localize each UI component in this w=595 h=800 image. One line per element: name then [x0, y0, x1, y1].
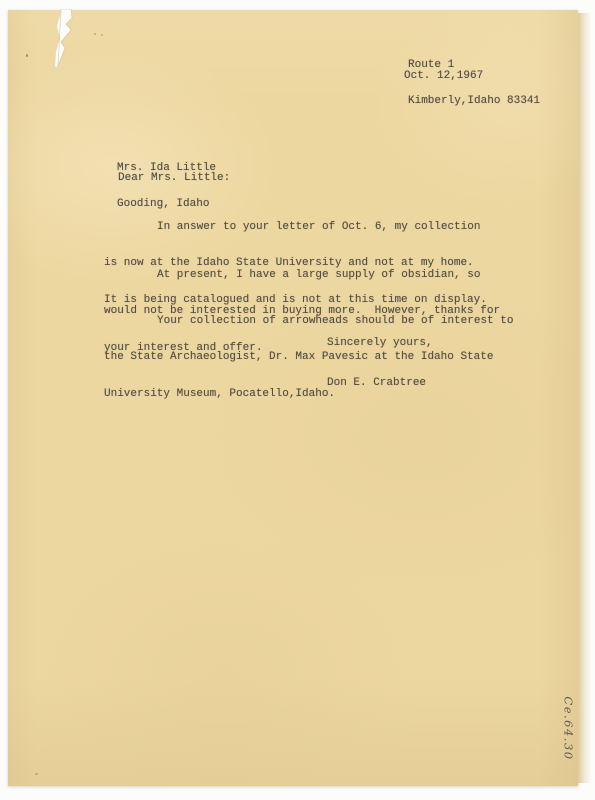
signature-name: Don E. Crabtree — [327, 377, 426, 389]
closing: Sincerely yours, — [327, 337, 433, 349]
scanned-document: Route 1 Kimberly,Idaho 83341 Oct. 12,196… — [0, 0, 595, 800]
sender-address-line2: Kimberly,Idaho 83341 — [408, 95, 540, 107]
paragraph-line: the State Archaeologist, Dr. Max Pavesic… — [104, 351, 513, 363]
paper-speck — [26, 54, 28, 57]
paragraph-3: Your collection of arrowheads should be … — [104, 290, 513, 425]
letter-date: Oct. 12,1967 — [404, 70, 483, 82]
paper-speck — [101, 34, 103, 36]
salutation: Dear Mrs. Little: — [118, 172, 230, 184]
paper-tear — [46, 9, 80, 71]
paragraph-line: In answer to your letter of Oct. 6, my c… — [104, 221, 487, 233]
paper-right-edge — [578, 13, 592, 783]
handwritten-catalog-number: Ce.64.30 — [561, 685, 576, 773]
paragraph-line: At present, I have a large supply of obs… — [104, 269, 500, 281]
paper-speck — [35, 773, 38, 775]
letter-paper: Route 1 Kimberly,Idaho 83341 Oct. 12,196… — [8, 10, 578, 786]
paragraph-line: University Museum, Pocatello,Idaho. — [104, 388, 513, 400]
paper-speck — [94, 33, 96, 35]
paragraph-line: Your collection of arrowheads should be … — [104, 315, 513, 327]
sender-address: Route 1 Kimberly,Idaho 83341 — [408, 34, 540, 132]
